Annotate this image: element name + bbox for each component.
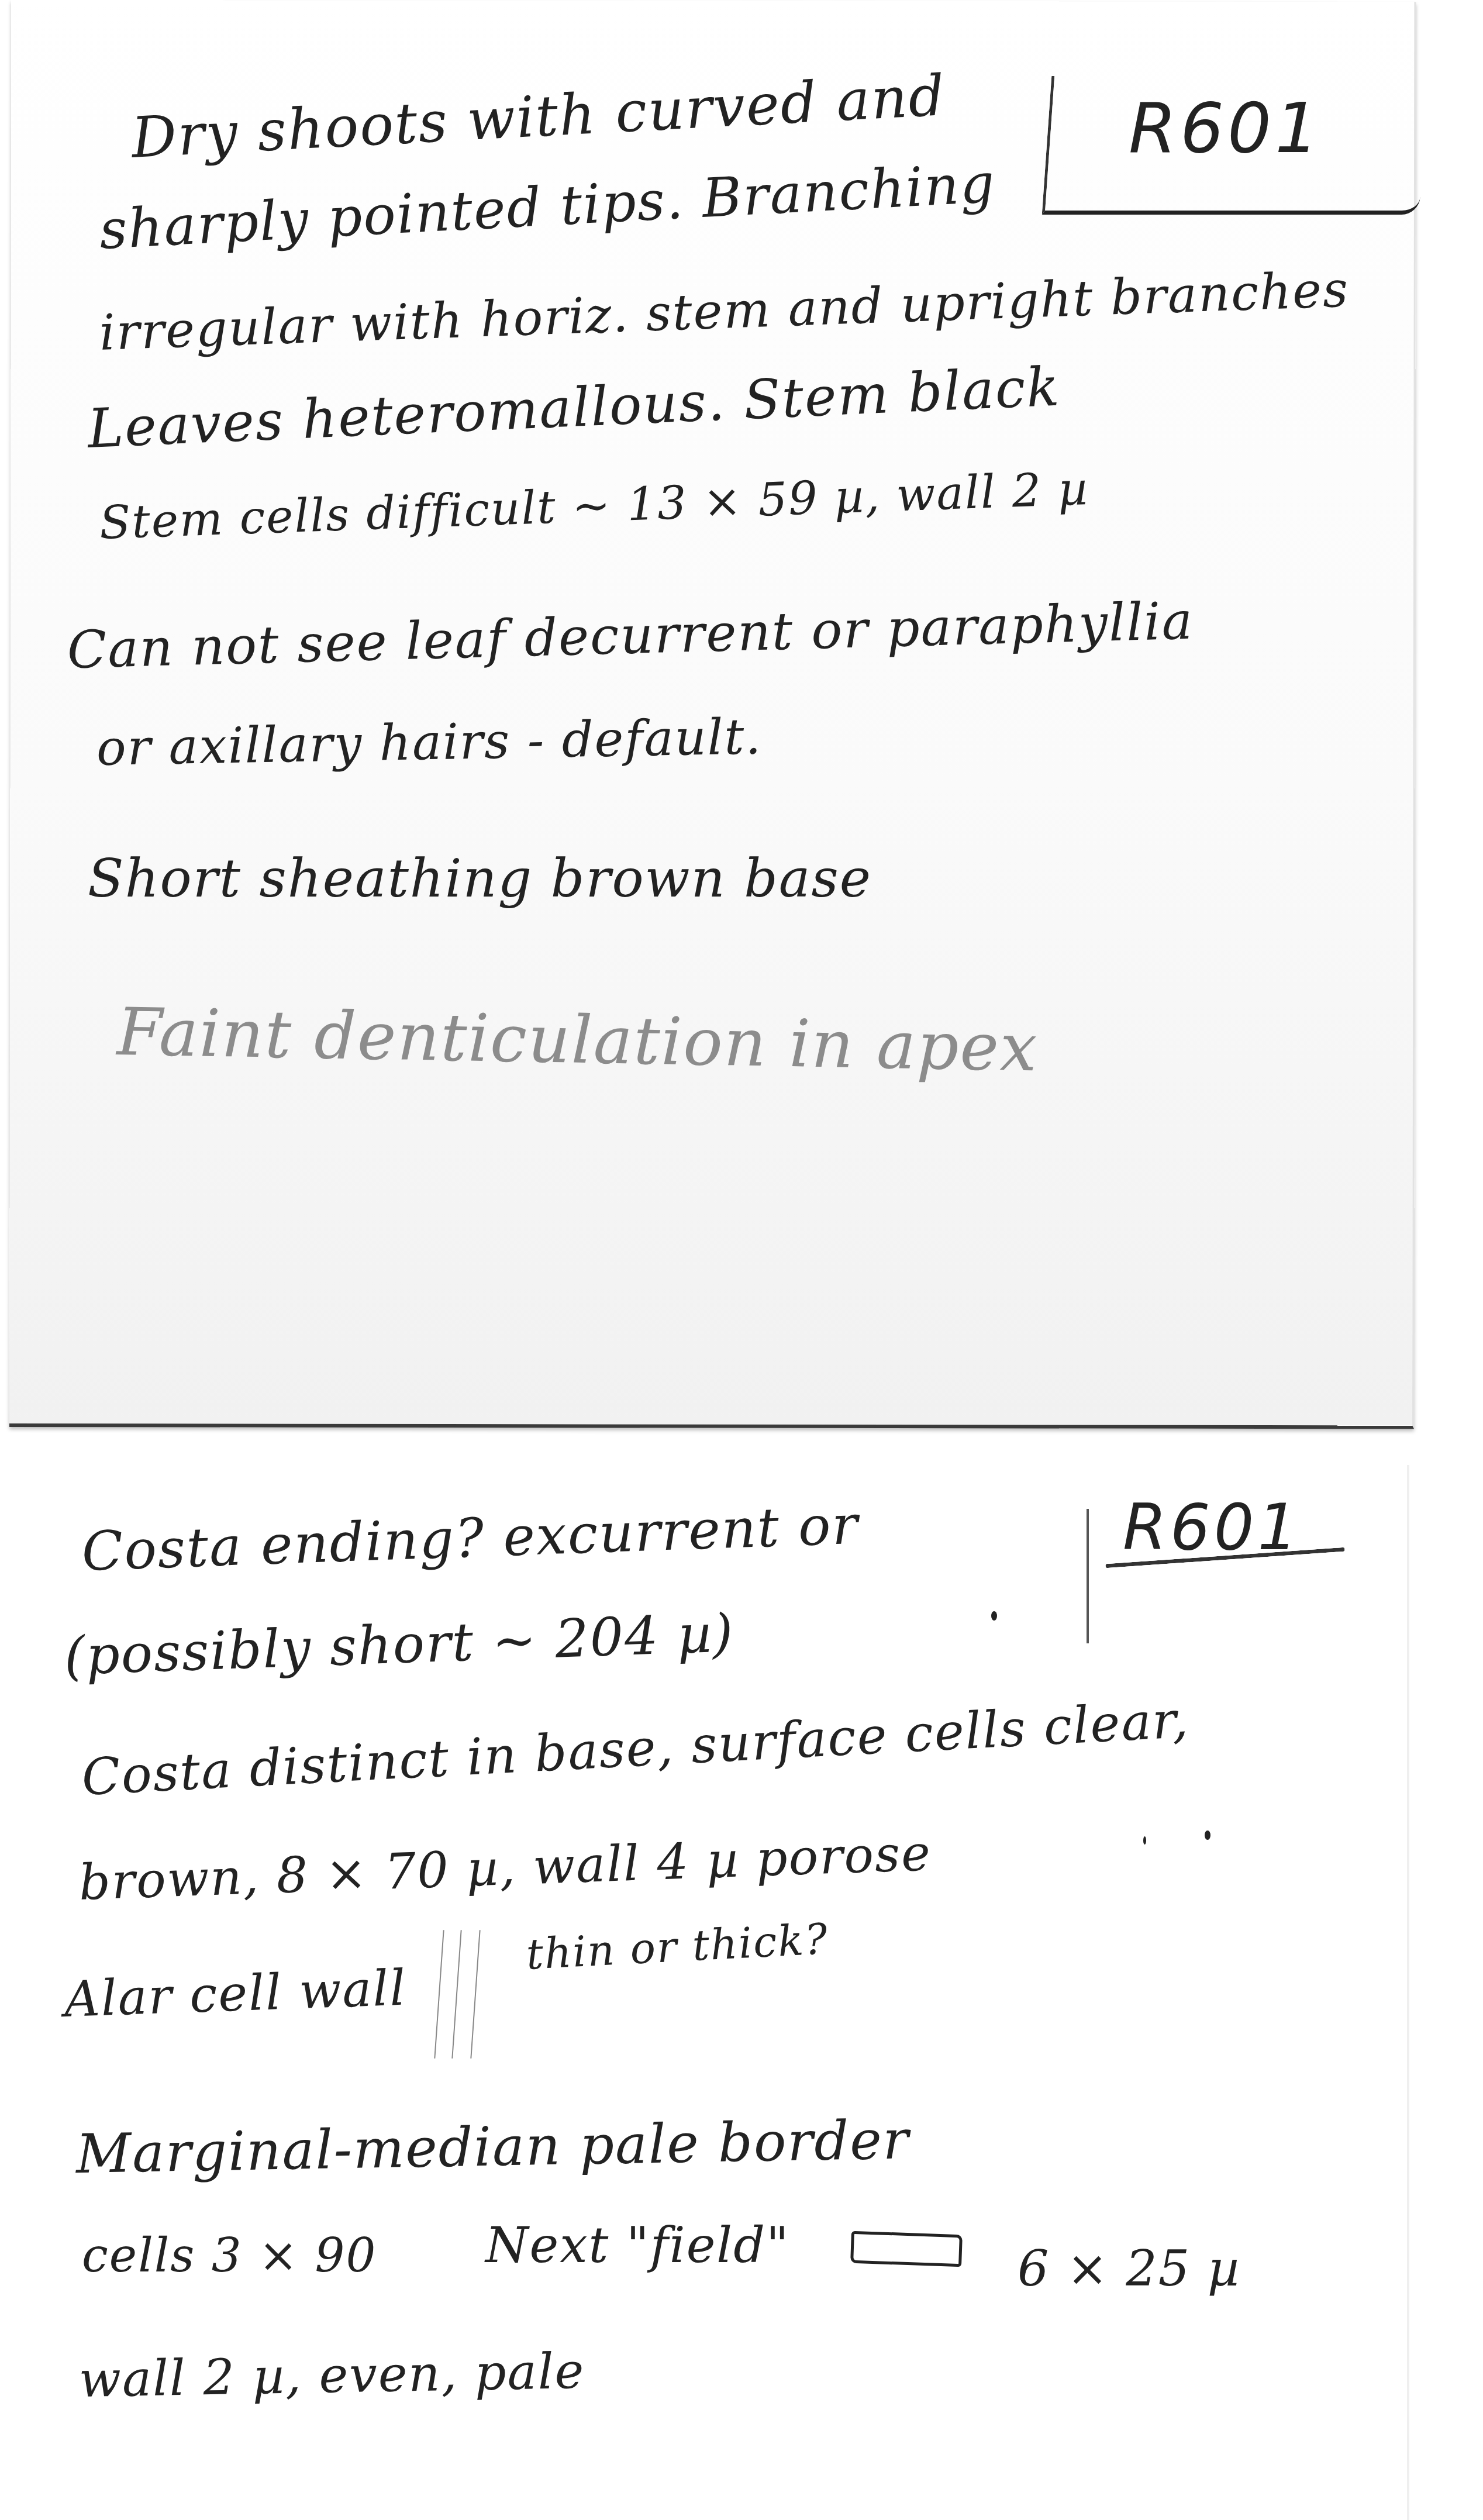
- ink-speck: [991, 1611, 997, 1621]
- note-line: cells 3 × 90: [82, 2228, 377, 2283]
- cell-wall-sketch: [433, 1930, 485, 2059]
- cell-shape-sketch: [850, 2231, 963, 2267]
- note-line: Alar cell wall: [63, 1959, 407, 2028]
- ink-speck: [1143, 1836, 1146, 1845]
- note-line: or axillary hairs - default.: [96, 708, 763, 777]
- note-line: Faint denticulation in apex: [116, 994, 1039, 1086]
- ink-speck: [1205, 1830, 1210, 1840]
- specimen-label-top: R601: [1129, 88, 1322, 168]
- note-line: Next "field": [485, 2216, 790, 2274]
- note-line: 6 × 25 µ: [1018, 2240, 1240, 2297]
- note-line: Short sheathing brown base: [88, 848, 872, 909]
- note-line: wall 2 µ, even, pale: [78, 2342, 585, 2408]
